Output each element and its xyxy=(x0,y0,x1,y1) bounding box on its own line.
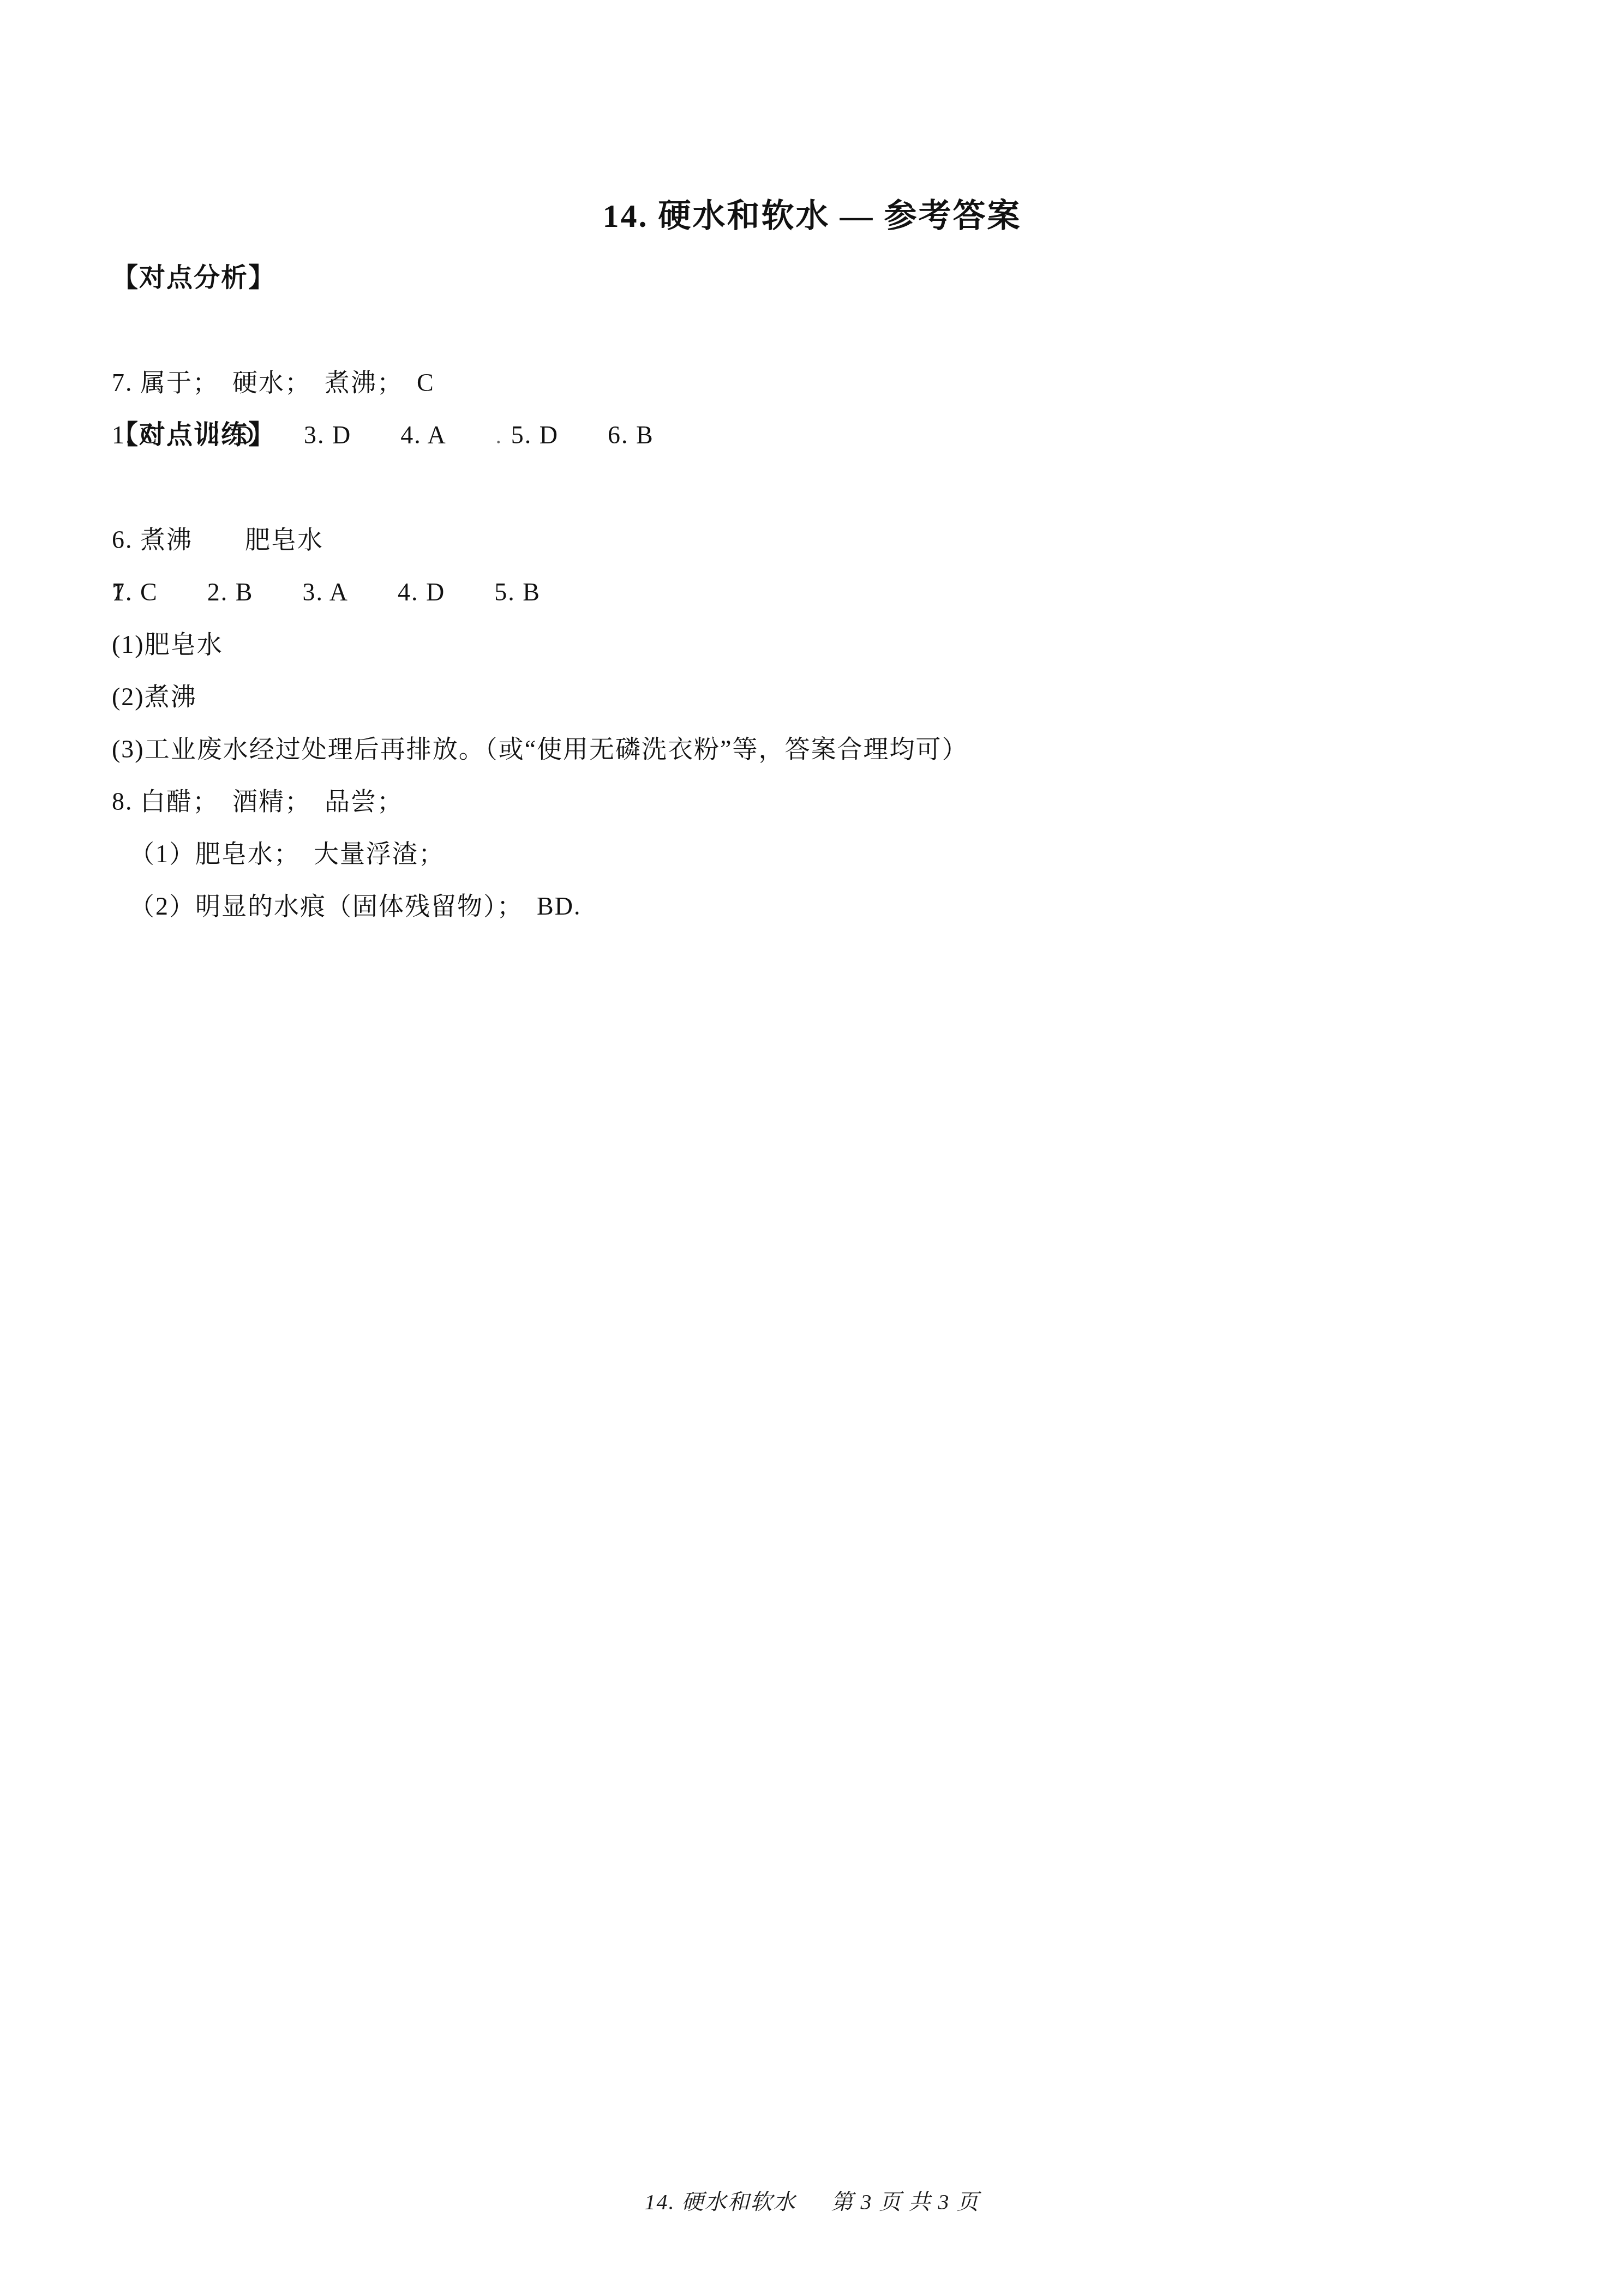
answer-item-text: 5. D xyxy=(511,421,559,449)
training-line-8-sub2: （2）明显的水痕（固体残留物）； BD. xyxy=(112,880,1559,933)
answer-item: .5. D xyxy=(496,409,559,462)
training-line-8-sub1: （1）肥皂水； 大量浮渣； xyxy=(112,828,1559,880)
stray-dot: . xyxy=(496,424,502,448)
answer-item: 4. A xyxy=(400,409,447,461)
training-line-7-sub1: (1)肥皂水 xyxy=(112,618,1559,671)
answer-content: 【对点分析】 1. C 2. D 3. D 4. A .5. D 6. B 7.… xyxy=(112,252,1559,933)
training-line-8: 8. 白醋； 酒精； 品尝； xyxy=(112,776,1559,828)
training-line-7-sub2: (2)煮沸 xyxy=(112,671,1559,723)
answer-item: 3. A xyxy=(302,566,349,618)
answer-item: 6. B xyxy=(608,409,654,461)
answer-item: 3. D xyxy=(304,409,351,461)
analysis-line-7: 7. 属于； 硬水； 煮沸； C xyxy=(112,357,1559,409)
analysis-answers-row: 1. C 2. D 3. D 4. A .5. D 6. B xyxy=(112,304,1559,357)
footer-doc-label: 14. 硬水和软水 xyxy=(645,2188,796,2216)
training-answers-row: 1. C 2. B 3. A 4. D 5. B xyxy=(112,461,1559,514)
section-analysis-header: 【对点分析】 xyxy=(112,252,1559,304)
answer-item: 5. B xyxy=(494,566,541,618)
answer-item: 2. B xyxy=(207,566,254,618)
document-page: 14. 硬水和软水 — 参考答案 【对点分析】 1. C 2. D 3. D 4… xyxy=(0,0,1624,2296)
answer-item: 4. D xyxy=(398,566,445,618)
training-line-7-sub3: (3)工业废水经过处理后再排放。（或“使用无磷洗衣粉”等，答案合理均可） xyxy=(112,723,1559,776)
training-line-6: 6. 煮沸 肥皂水 xyxy=(112,514,1559,566)
page-title: 14. 硬水和软水 — 参考答案 xyxy=(0,190,1624,237)
page-footer: 14. 硬水和软水 第 3 页 共 3 页 xyxy=(0,2188,1624,2216)
footer-page-info: 第 3 页 共 3 页 xyxy=(831,2188,980,2216)
